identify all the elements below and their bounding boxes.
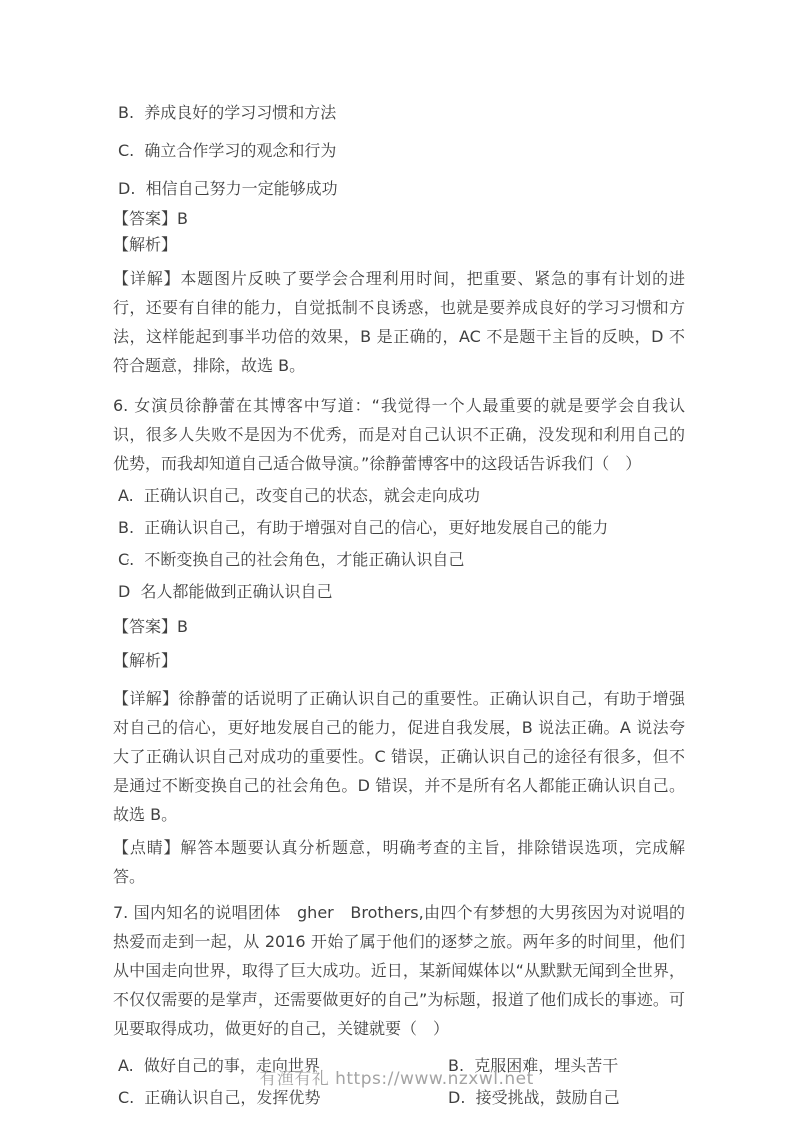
scan-artifact-mark: ’ [126,558,130,570]
q6-option-d: D 名人都能做到正确认识自己 [118,581,685,603]
q5-option-c: C. 确立合作学习的观念和行为 [118,140,685,162]
q5-option-b: B. 养成良好的学习习惯和方法 [118,102,685,124]
q6-analysis-label: 【解析】 [113,650,685,672]
q5-option-d: D. 相信自己努力一定能够成功 [118,178,685,200]
q7-option-d: D. 接受挑战，鼓励自己 [448,1087,685,1109]
q5-answer: 【答案】B [113,208,685,230]
q6-answer: 【答案】B [113,616,685,638]
document-page: B. 养成良好的学习习惯和方法 C. 确立合作学习的观念和行为 D. 相信自己努… [0,0,793,1122]
q5-analysis-label: 【解析】 [113,234,685,256]
q7-stem: 7. 国内知名的说唱团体 gher Brothers,由四个有梦想的大男孩因为对… [113,898,685,1043]
q5-detail: 【详解】本题图片反映了要学会合理利用时间，把重要、紧急的事有计划的进行，还要有自… [113,264,685,380]
q6-detail: 【详解】徐静蕾的话说明了正确认识自己的重要性。正确认识自己，有助于增强对自己的信… [113,684,685,829]
watermark-footer: 有渔有礼 https://www.nzxwl.net [0,1064,793,1089]
watermark-text: 有渔有礼 https://www.nzxwl.net [259,1069,534,1089]
document-content: B. 养成良好的学习习惯和方法 C. 确立合作学习的观念和行为 D. 相信自己努… [113,102,685,1119]
q6-option-a: A. 正确认识自己，改变自己的状态，就会走向成功 [118,485,685,507]
q6-tip: 【点睛】解答本题要认真分析题意，明确考查的主旨，排除错误选项，完成解答。 [113,833,685,891]
q6-stem: 6. 女演员徐静蕾在其博客中写道：“我觉得一个人最重要的就是要学会自我认识，很多… [113,391,685,478]
q7-option-c: C. 正确认识自己，发挥优势 [118,1087,443,1109]
q6-option-c: C. 不断变换自己的社会角色，才能正确认识自己 [118,549,685,571]
q6-option-b: B. 正确认识自己，有助于增强对自己的信心，更好地发展自己的能力 [118,517,685,539]
